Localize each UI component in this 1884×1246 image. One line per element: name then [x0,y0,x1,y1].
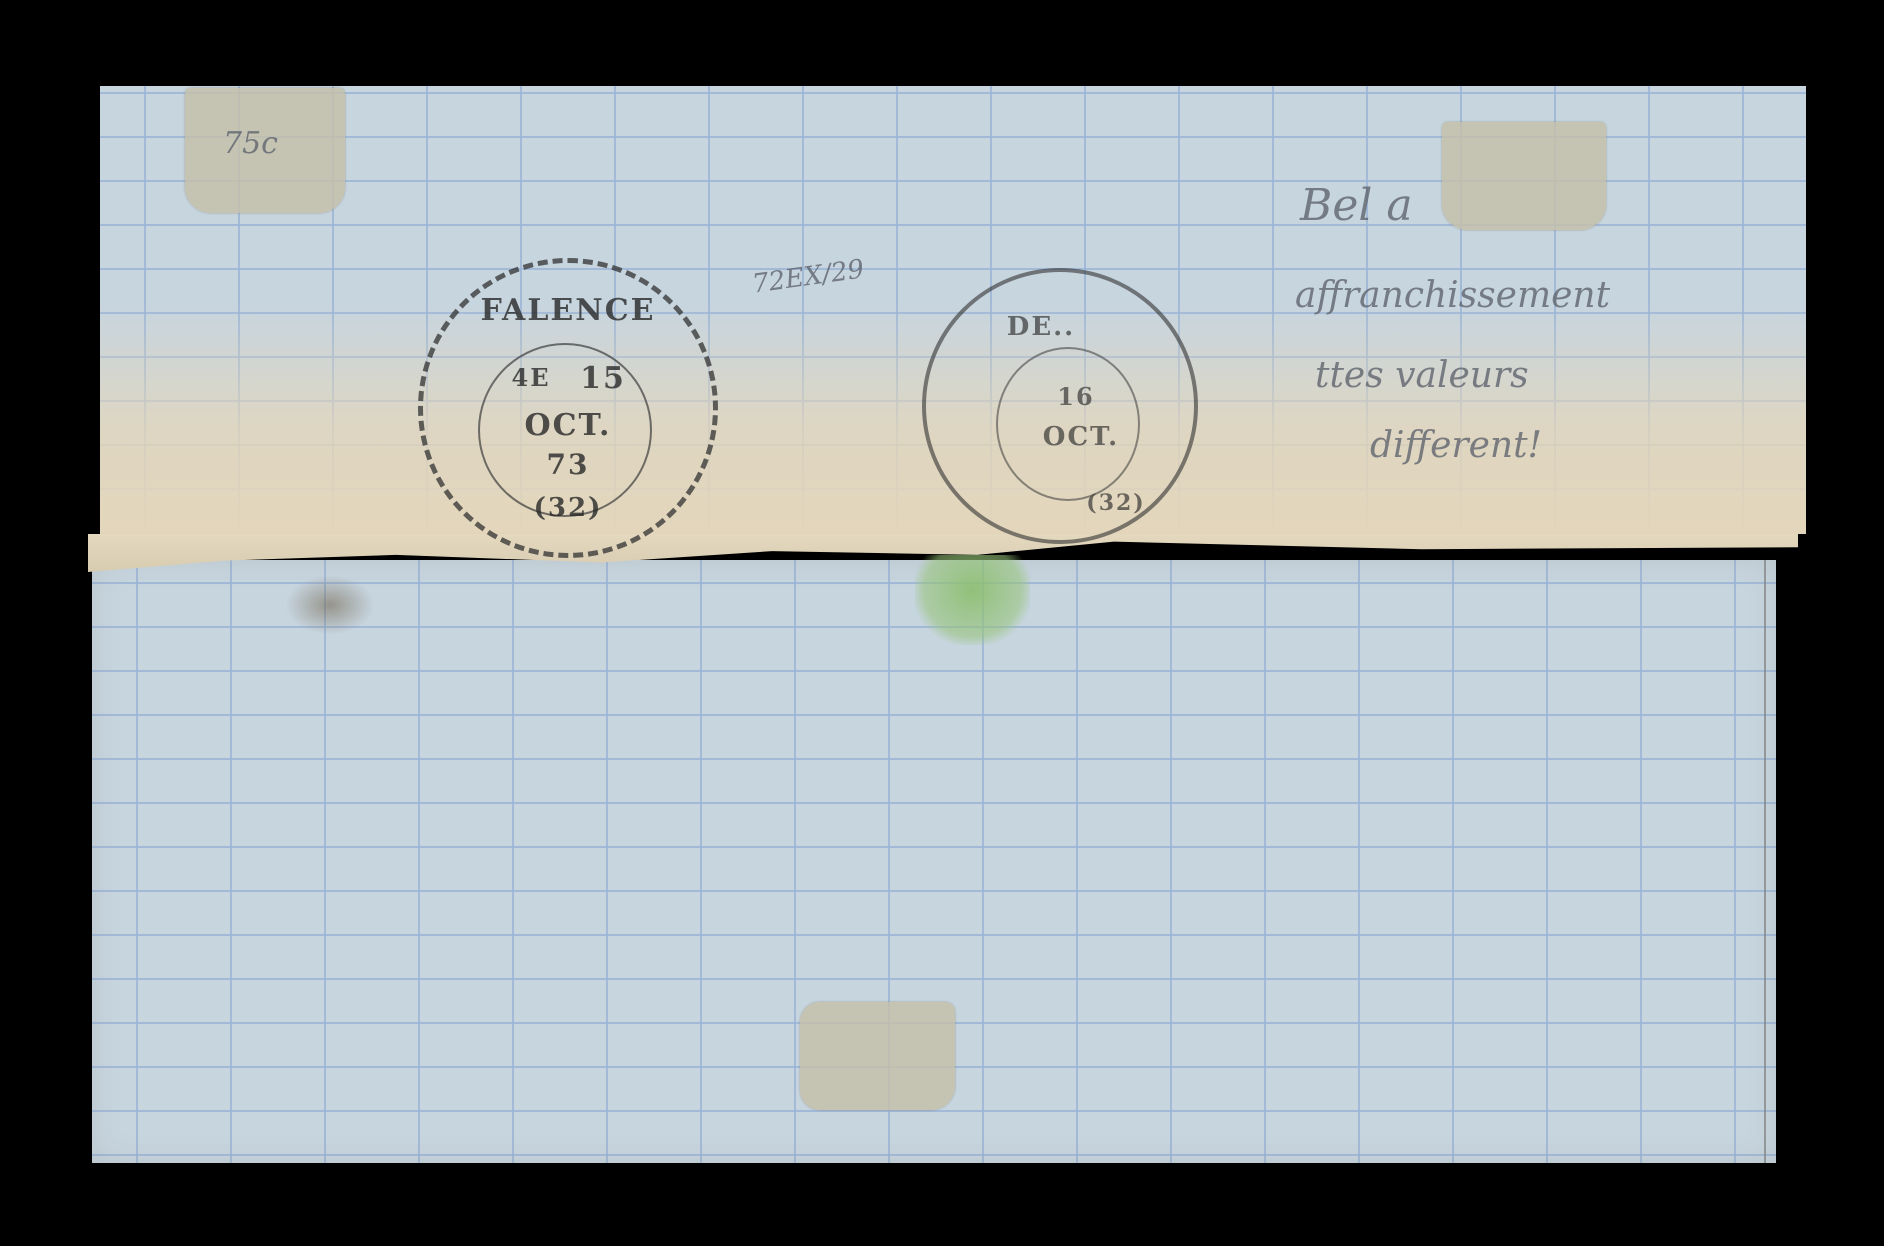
postmark-day: 16 [1036,382,1116,411]
postmark-town: FALENCE [473,293,663,328]
postmark-year: 73 [528,448,608,481]
stamp-hinge-top-right [1442,122,1606,230]
stamp-hinge-top-left: 75c [185,88,345,213]
pencil-note-line-4: different! [1370,425,1542,466]
postmark-month: OCT. [1031,422,1131,452]
brown-stain [285,575,375,635]
pencil-price-note: 75c [223,126,278,161]
paper-inner-edge [1764,560,1766,1163]
postmark-second: DE.. 16 OCT. (32) [922,268,1198,544]
green-stain [915,555,1030,645]
postmark-falence: FALENCE 4E 15 OCT. 73 (32) [418,258,718,558]
pencil-note-line-1: Bel a [1300,180,1413,231]
postmark-day: 15 [573,361,633,396]
pencil-note-line-3: ttes valeurs [1315,355,1529,396]
postmark-department: (32) [518,493,618,523]
stamp-hinge-bottom [800,1002,955,1110]
postmark-department: (32) [1076,490,1156,516]
pencil-note-line-2: affranchissement [1295,275,1610,316]
postmark-time: 4E [501,363,561,392]
postmark-town: DE.. [986,312,1096,342]
postmark-month: OCT. [503,408,633,443]
